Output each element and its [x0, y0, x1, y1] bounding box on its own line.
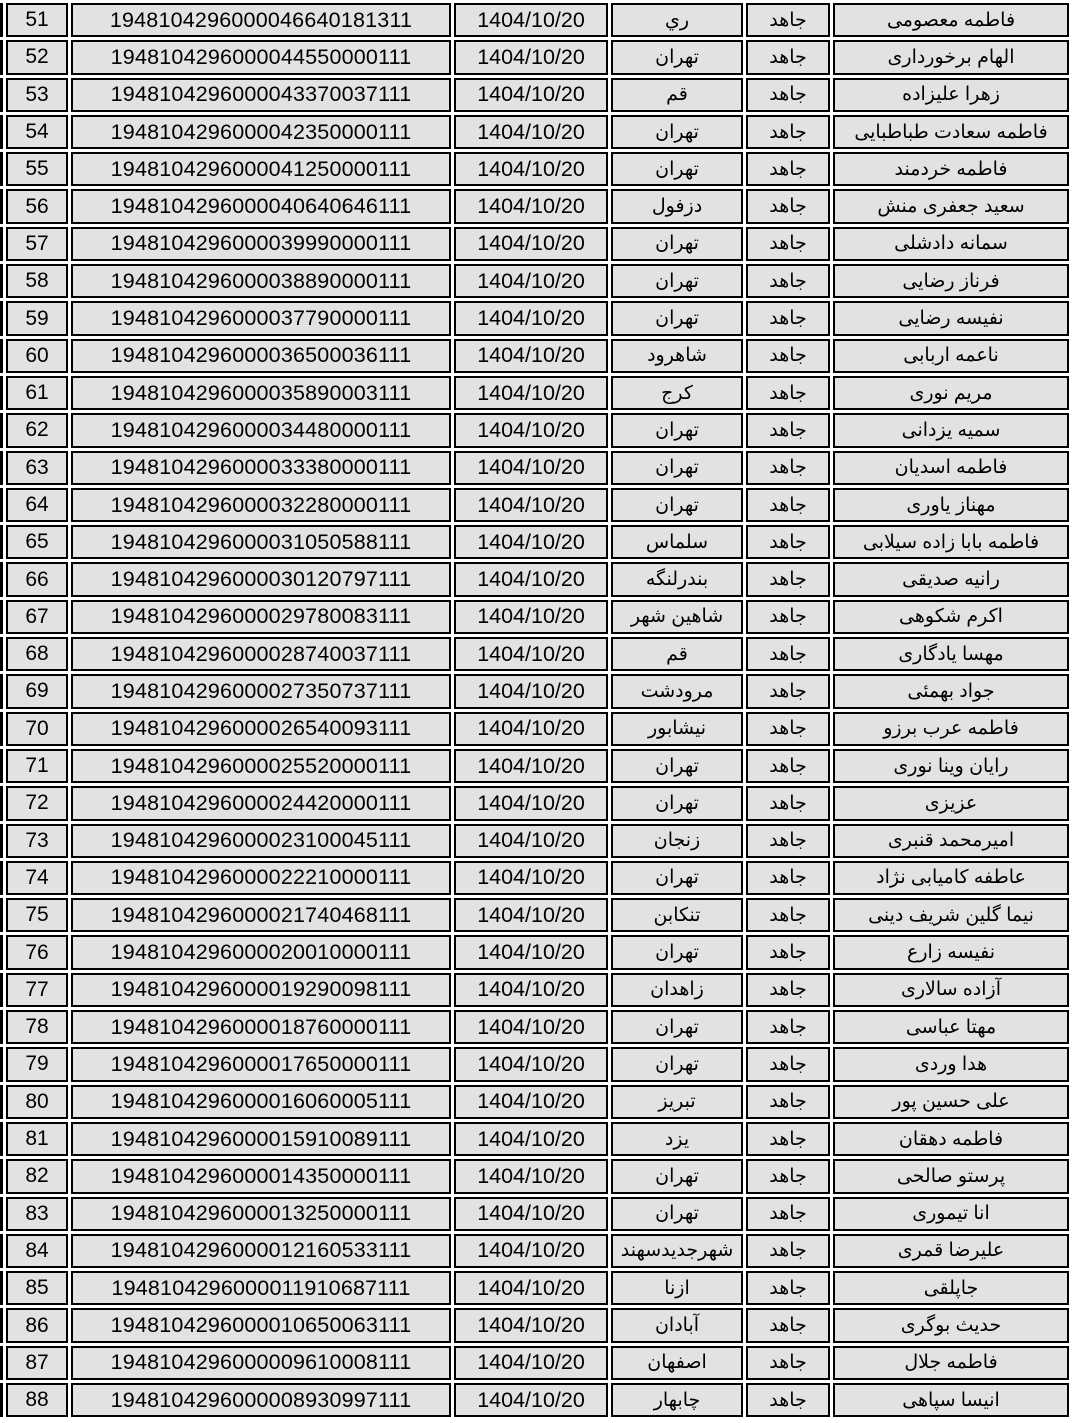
cropped-column-edge	[0, 637, 3, 671]
row-number-cell: 55	[6, 152, 68, 186]
row-number-cell: 59	[6, 301, 68, 335]
tracking-code-cell: 1948104296000015910089111	[71, 1122, 451, 1156]
table-row: 73 1948104296000023100045111 1404/10/20 …	[0, 824, 1069, 858]
status-cell: جاهد	[746, 339, 830, 373]
tracking-code-cell: 1948104296000022210000111	[71, 861, 451, 895]
date-cell: 1404/10/20	[454, 1271, 608, 1305]
name-cell: هدا وردی	[833, 1047, 1069, 1081]
cropped-column-edge	[0, 861, 3, 895]
city-cell: تهران	[611, 451, 743, 485]
status-cell: جاهد	[746, 712, 830, 746]
tracking-code-cell: 1948104296000021740468111	[71, 898, 451, 932]
row-number-cell: 58	[6, 264, 68, 298]
name-cell: نفیسه رضایی	[833, 301, 1069, 335]
table-row: 69 1948104296000027350737111 1404/10/20 …	[0, 674, 1069, 708]
status-cell: جاهد	[746, 227, 830, 261]
city-cell: چابهار	[611, 1383, 743, 1417]
name-cell: سعید جعفری منش	[833, 189, 1069, 223]
date-cell: 1404/10/20	[454, 674, 608, 708]
row-number-cell: 52	[6, 40, 68, 74]
row-number-cell: 73	[6, 824, 68, 858]
cropped-column-edge	[0, 1010, 3, 1044]
name-cell: آزاده سالاری	[833, 973, 1069, 1007]
row-number-cell: 64	[6, 488, 68, 522]
city-cell: تهران	[611, 152, 743, 186]
name-cell: اکرم شکوهی	[833, 600, 1069, 634]
tracking-code-cell: 1948104296000026540093111	[71, 712, 451, 746]
cropped-column-edge	[0, 376, 3, 410]
cropped-column-edge	[0, 227, 3, 261]
date-cell: 1404/10/20	[454, 1010, 608, 1044]
date-cell: 1404/10/20	[454, 749, 608, 783]
tracking-code-cell: 1948104296000012160533111	[71, 1234, 451, 1268]
table-row: 77 1948104296000019290098111 1404/10/20 …	[0, 973, 1069, 1007]
row-number-cell: 75	[6, 898, 68, 932]
cropped-column-edge	[0, 525, 3, 559]
city-cell: قم	[611, 78, 743, 112]
row-number-cell: 76	[6, 935, 68, 969]
tracking-code-cell: 1948104296000016060005111	[71, 1085, 451, 1119]
row-number-cell: 85	[6, 1271, 68, 1305]
city-cell: تهران	[611, 1010, 743, 1044]
row-number-cell: 67	[6, 600, 68, 634]
row-number-cell: 54	[6, 115, 68, 149]
cropped-column-edge	[0, 973, 3, 1007]
date-cell: 1404/10/20	[454, 712, 608, 746]
status-cell: جاهد	[746, 637, 830, 671]
status-cell: جاهد	[746, 674, 830, 708]
status-cell: جاهد	[746, 413, 830, 447]
cropped-column-edge	[0, 451, 3, 485]
city-cell: تهران	[611, 749, 743, 783]
date-cell: 1404/10/20	[454, 1308, 608, 1342]
name-cell: فاطمه معصومی	[833, 3, 1069, 37]
date-cell: 1404/10/20	[454, 1047, 608, 1081]
city-cell: شاهین شهر	[611, 600, 743, 634]
status-cell: جاهد	[746, 1271, 830, 1305]
date-cell: 1404/10/20	[454, 488, 608, 522]
table-row: 64 1948104296000032280000111 1404/10/20 …	[0, 488, 1069, 522]
status-cell: جاهد	[746, 1383, 830, 1417]
city-cell: قم	[611, 637, 743, 671]
city-cell: بندرلنگه	[611, 562, 743, 596]
name-cell: فاطمه بابا زاده سیلابی	[833, 525, 1069, 559]
table-row: 51 1948104296000046640181311 1404/10/20 …	[0, 3, 1069, 37]
row-number-cell: 60	[6, 339, 68, 373]
cropped-column-edge	[0, 301, 3, 335]
status-cell: جاهد	[746, 152, 830, 186]
tracking-code-cell: 1948104296000014350000111	[71, 1159, 451, 1193]
name-cell: سمیه یزدانی	[833, 413, 1069, 447]
tracking-code-cell: 1948104296000042350000111	[71, 115, 451, 149]
city-cell: تهران	[611, 488, 743, 522]
cropped-column-edge	[0, 264, 3, 298]
date-cell: 1404/10/20	[454, 935, 608, 969]
status-cell: جاهد	[746, 1159, 830, 1193]
row-number-cell: 62	[6, 413, 68, 447]
table-row: 87 1948104296000009610008111 1404/10/20 …	[0, 1346, 1069, 1380]
date-cell: 1404/10/20	[454, 78, 608, 112]
row-number-cell: 53	[6, 78, 68, 112]
city-cell: دزفول	[611, 189, 743, 223]
cropped-column-edge	[0, 1197, 3, 1231]
cropped-column-edge	[0, 1383, 3, 1417]
cropped-column-edge	[0, 1346, 3, 1380]
date-cell: 1404/10/20	[454, 824, 608, 858]
status-cell: جاهد	[746, 935, 830, 969]
name-cell: عزیزی	[833, 786, 1069, 820]
cropped-column-edge	[0, 40, 3, 74]
status-cell: جاهد	[746, 189, 830, 223]
date-cell: 1404/10/20	[454, 115, 608, 149]
table-row: 63 1948104296000033380000111 1404/10/20 …	[0, 451, 1069, 485]
date-cell: 1404/10/20	[454, 40, 608, 74]
tracking-code-cell: 1948104296000040640646111	[71, 189, 451, 223]
status-cell: جاهد	[746, 600, 830, 634]
status-cell: جاهد	[746, 749, 830, 783]
status-cell: جاهد	[746, 1308, 830, 1342]
tracking-code-cell: 1948104296000041250000111	[71, 152, 451, 186]
row-number-cell: 77	[6, 973, 68, 1007]
cropped-column-edge	[0, 78, 3, 112]
date-cell: 1404/10/20	[454, 301, 608, 335]
date-cell: 1404/10/20	[454, 189, 608, 223]
name-cell: علیرضا قمری	[833, 1234, 1069, 1268]
city-cell: آبادان	[611, 1308, 743, 1342]
table-row: 58 1948104296000038890000111 1404/10/20 …	[0, 264, 1069, 298]
name-cell: زهرا علیزاده	[833, 78, 1069, 112]
name-cell: مریم نوری	[833, 376, 1069, 410]
table-row: 59 1948104296000037790000111 1404/10/20 …	[0, 301, 1069, 335]
name-cell: فاطمه عرب برزو	[833, 712, 1069, 746]
table-row: 62 1948104296000034480000111 1404/10/20 …	[0, 413, 1069, 447]
row-number-cell: 84	[6, 1234, 68, 1268]
date-cell: 1404/10/20	[454, 339, 608, 373]
date-cell: 1404/10/20	[454, 1085, 608, 1119]
tracking-code-cell: 1948104296000028740037111	[71, 637, 451, 671]
city-cell: ازنا	[611, 1271, 743, 1305]
status-cell: جاهد	[746, 562, 830, 596]
city-cell: تهران	[611, 301, 743, 335]
tracking-code-cell: 1948104296000020010000111	[71, 935, 451, 969]
table-row: 83 1948104296000013250000111 1404/10/20 …	[0, 1197, 1069, 1231]
date-cell: 1404/10/20	[454, 861, 608, 895]
name-cell: فاطمه دهقان	[833, 1122, 1069, 1156]
tracking-code-cell: 1948104296000031050588111	[71, 525, 451, 559]
status-cell: جاهد	[746, 264, 830, 298]
city-cell: تهران	[611, 40, 743, 74]
cropped-column-edge	[0, 189, 3, 223]
date-cell: 1404/10/20	[454, 1197, 608, 1231]
tracking-code-cell: 1948104296000029780083111	[71, 600, 451, 634]
name-cell: الهام برخورداری	[833, 40, 1069, 74]
tracking-code-cell: 1948104296000038890000111	[71, 264, 451, 298]
status-cell: جاهد	[746, 1346, 830, 1380]
tracking-code-cell: 1948104296000024420000111	[71, 786, 451, 820]
tracking-code-cell: 1948104296000033380000111	[71, 451, 451, 485]
city-cell: تهران	[611, 861, 743, 895]
row-number-cell: 71	[6, 749, 68, 783]
date-cell: 1404/10/20	[454, 1234, 608, 1268]
status-cell: جاهد	[746, 898, 830, 932]
name-cell: جاپلقی	[833, 1271, 1069, 1305]
name-cell: مهتا عباسی	[833, 1010, 1069, 1044]
city-cell: مرودشت	[611, 674, 743, 708]
city-cell: شاهرود	[611, 339, 743, 373]
city-cell: تهران	[611, 1159, 743, 1193]
table-row: 60 1948104296000036500036111 1404/10/20 …	[0, 339, 1069, 373]
cropped-column-edge	[0, 898, 3, 932]
row-number-cell: 66	[6, 562, 68, 596]
date-cell: 1404/10/20	[454, 152, 608, 186]
tracking-code-cell: 1948104296000032280000111	[71, 488, 451, 522]
row-number-cell: 74	[6, 861, 68, 895]
name-cell: فرناز رضایی	[833, 264, 1069, 298]
table-row: 61 1948104296000035890003111 1404/10/20 …	[0, 376, 1069, 410]
table-row: 86 1948104296000010650063111 1404/10/20 …	[0, 1308, 1069, 1342]
table-row: 82 1948104296000014350000111 1404/10/20 …	[0, 1159, 1069, 1193]
date-cell: 1404/10/20	[454, 600, 608, 634]
cropped-column-edge	[0, 339, 3, 373]
cropped-column-edge	[0, 488, 3, 522]
date-cell: 1404/10/20	[454, 973, 608, 1007]
cropped-column-edge	[0, 413, 3, 447]
tracking-code-cell: 1948104296000023100045111	[71, 824, 451, 858]
row-number-cell: 78	[6, 1010, 68, 1044]
table-row: 80 1948104296000016060005111 1404/10/20 …	[0, 1085, 1069, 1119]
name-cell: انا تیموری	[833, 1197, 1069, 1231]
city-cell: تهران	[611, 935, 743, 969]
cropped-column-edge	[0, 1234, 3, 1268]
row-number-cell: 82	[6, 1159, 68, 1193]
cropped-column-edge	[0, 600, 3, 634]
row-number-cell: 68	[6, 637, 68, 671]
cropped-column-edge	[0, 1308, 3, 1342]
city-cell: یزد	[611, 1122, 743, 1156]
name-cell: ناعمه اربابی	[833, 339, 1069, 373]
date-cell: 1404/10/20	[454, 1122, 608, 1156]
cropped-column-edge	[0, 3, 3, 37]
tracking-code-cell: 1948104296000013250000111	[71, 1197, 451, 1231]
row-number-cell: 80	[6, 1085, 68, 1119]
table-row: 79 1948104296000017650000111 1404/10/20 …	[0, 1047, 1069, 1081]
table-row: 85 1948104296000011910687111 1404/10/20 …	[0, 1271, 1069, 1305]
tracking-code-cell: 1948104296000011910687111	[71, 1271, 451, 1305]
table-row: 72 1948104296000024420000111 1404/10/20 …	[0, 786, 1069, 820]
city-cell: شهرجدیدسهند	[611, 1234, 743, 1268]
date-cell: 1404/10/20	[454, 637, 608, 671]
tracking-code-cell: 1948104296000019290098111	[71, 973, 451, 1007]
table-row: 55 1948104296000041250000111 1404/10/20 …	[0, 152, 1069, 186]
tracking-code-cell: 1948104296000035890003111	[71, 376, 451, 410]
date-cell: 1404/10/20	[454, 3, 608, 37]
table-row: 67 1948104296000029780083111 1404/10/20 …	[0, 600, 1069, 634]
table-body: 51 1948104296000046640181311 1404/10/20 …	[0, 3, 1069, 1417]
date-cell: 1404/10/20	[454, 1159, 608, 1193]
row-number-cell: 56	[6, 189, 68, 223]
row-number-cell: 51	[6, 3, 68, 37]
tracking-code-cell: 1948104296000027350737111	[71, 674, 451, 708]
row-number-cell: 88	[6, 1383, 68, 1417]
name-cell: رانیه صدیقی	[833, 562, 1069, 596]
name-cell: رایان وینا نوری	[833, 749, 1069, 783]
table-row: 78 1948104296000018760000111 1404/10/20 …	[0, 1010, 1069, 1044]
row-number-cell: 79	[6, 1047, 68, 1081]
table-row: 74 1948104296000022210000111 1404/10/20 …	[0, 861, 1069, 895]
name-cell: انیسا سپاهی	[833, 1383, 1069, 1417]
cropped-column-edge	[0, 115, 3, 149]
date-cell: 1404/10/20	[454, 898, 608, 932]
row-number-cell: 57	[6, 227, 68, 261]
tracking-code-cell: 1948104296000043370037111	[71, 78, 451, 112]
name-cell: فاطمه سعادت طباطبایی	[833, 115, 1069, 149]
city-cell: تهران	[611, 115, 743, 149]
city-cell: تهران	[611, 786, 743, 820]
city-cell: نیشابور	[611, 712, 743, 746]
city-cell: تبریز	[611, 1085, 743, 1119]
status-cell: جاهد	[746, 824, 830, 858]
status-cell: جاهد	[746, 1047, 830, 1081]
table-row: 76 1948104296000020010000111 1404/10/20 …	[0, 935, 1069, 969]
cropped-column-edge	[0, 824, 3, 858]
city-cell: ري	[611, 3, 743, 37]
tracking-code-cell: 1948104296000034480000111	[71, 413, 451, 447]
cropped-column-edge	[0, 712, 3, 746]
date-cell: 1404/10/20	[454, 786, 608, 820]
status-cell: جاهد	[746, 451, 830, 485]
name-cell: جواد بهمئی	[833, 674, 1069, 708]
city-cell: اصفهان	[611, 1346, 743, 1380]
tracking-code-cell: 1948104296000025520000111	[71, 749, 451, 783]
cropped-column-edge	[0, 1122, 3, 1156]
status-cell: جاهد	[746, 78, 830, 112]
status-cell: جاهد	[746, 1122, 830, 1156]
table-row: 71 1948104296000025520000111 1404/10/20 …	[0, 749, 1069, 783]
cropped-column-edge	[0, 152, 3, 186]
name-cell: نیما گلین شریف دینی	[833, 898, 1069, 932]
name-cell: علی حسین پور	[833, 1085, 1069, 1119]
table-row: 52 1948104296000044550000111 1404/10/20 …	[0, 40, 1069, 74]
status-cell: جاهد	[746, 1197, 830, 1231]
table-row: 81 1948104296000015910089111 1404/10/20 …	[0, 1122, 1069, 1156]
cropped-column-edge	[0, 786, 3, 820]
status-cell: جاهد	[746, 40, 830, 74]
name-cell: فاطمه خردمند	[833, 152, 1069, 186]
table-row: 57 1948104296000039990000111 1404/10/20 …	[0, 227, 1069, 261]
row-number-cell: 72	[6, 786, 68, 820]
row-number-cell: 81	[6, 1122, 68, 1156]
date-cell: 1404/10/20	[454, 376, 608, 410]
status-cell: جاهد	[746, 488, 830, 522]
table-row: 84 1948104296000012160533111 1404/10/20 …	[0, 1234, 1069, 1268]
status-cell: جاهد	[746, 1010, 830, 1044]
row-number-cell: 69	[6, 674, 68, 708]
row-number-cell: 63	[6, 451, 68, 485]
date-cell: 1404/10/20	[454, 1346, 608, 1380]
status-cell: جاهد	[746, 3, 830, 37]
city-cell: تنکابن	[611, 898, 743, 932]
table-row: 66 1948104296000030120797111 1404/10/20 …	[0, 562, 1069, 596]
cropped-column-edge	[0, 674, 3, 708]
tracking-code-cell: 1948104296000010650063111	[71, 1308, 451, 1342]
city-cell: زاهدان	[611, 973, 743, 1007]
status-cell: جاهد	[746, 115, 830, 149]
tracking-code-cell: 1948104296000030120797111	[71, 562, 451, 596]
date-cell: 1404/10/20	[454, 413, 608, 447]
date-cell: 1404/10/20	[454, 562, 608, 596]
name-cell: عاطفه کامیابی نژاد	[833, 861, 1069, 895]
status-cell: جاهد	[746, 973, 830, 1007]
status-cell: جاهد	[746, 861, 830, 895]
name-cell: فاطمه اسدیان	[833, 451, 1069, 485]
status-cell: جاهد	[746, 525, 830, 559]
date-cell: 1404/10/20	[454, 264, 608, 298]
tracking-code-cell: 1948104296000036500036111	[71, 339, 451, 373]
name-cell: نفیسه زارع	[833, 935, 1069, 969]
status-cell: جاهد	[746, 1085, 830, 1119]
name-cell: حدیث بوگری	[833, 1308, 1069, 1342]
cropped-column-edge	[0, 1085, 3, 1119]
name-cell: سمانه دادشلی	[833, 227, 1069, 261]
date-cell: 1404/10/20	[454, 1383, 608, 1417]
row-number-cell: 87	[6, 1346, 68, 1380]
table-row: 53 1948104296000043370037111 1404/10/20 …	[0, 78, 1069, 112]
tracking-code-cell: 1948104296000017650000111	[71, 1047, 451, 1081]
city-cell: کرج	[611, 376, 743, 410]
cropped-column-edge	[0, 749, 3, 783]
row-number-cell: 70	[6, 712, 68, 746]
tracking-code-cell: 1948104296000044550000111	[71, 40, 451, 74]
tracking-code-cell: 1948104296000046640181311	[71, 3, 451, 37]
tracking-code-cell: 1948104296000009610008111	[71, 1346, 451, 1380]
city-cell: تهران	[611, 413, 743, 447]
table-row: 88 1948104296000008930997111 1404/10/20 …	[0, 1383, 1069, 1417]
date-cell: 1404/10/20	[454, 525, 608, 559]
date-cell: 1404/10/20	[454, 227, 608, 261]
city-cell: زنجان	[611, 824, 743, 858]
status-cell: جاهد	[746, 376, 830, 410]
row-number-cell: 86	[6, 1308, 68, 1342]
tracking-code-cell: 1948104296000037790000111	[71, 301, 451, 335]
city-cell: سلماس	[611, 525, 743, 559]
city-cell: تهران	[611, 227, 743, 261]
table-row: 75 1948104296000021740468111 1404/10/20 …	[0, 898, 1069, 932]
date-cell: 1404/10/20	[454, 451, 608, 485]
cropped-column-edge	[0, 562, 3, 596]
tracking-code-cell: 1948104296000008930997111	[71, 1383, 451, 1417]
name-cell: فاطمه جلال	[833, 1346, 1069, 1380]
tracking-code-cell: 1948104296000018760000111	[71, 1010, 451, 1044]
cropped-column-edge	[0, 935, 3, 969]
city-cell: تهران	[611, 264, 743, 298]
table-row: 54 1948104296000042350000111 1404/10/20 …	[0, 115, 1069, 149]
cropped-column-edge	[0, 1159, 3, 1193]
table-row: 70 1948104296000026540093111 1404/10/20 …	[0, 712, 1069, 746]
table-row: 68 1948104296000028740037111 1404/10/20 …	[0, 637, 1069, 671]
status-cell: جاهد	[746, 301, 830, 335]
status-cell: جاهد	[746, 786, 830, 820]
cropped-column-edge	[0, 1271, 3, 1305]
row-number-cell: 83	[6, 1197, 68, 1231]
name-cell: مهناز یاوری	[833, 488, 1069, 522]
cropped-column-edge	[0, 1047, 3, 1081]
table-row: 65 1948104296000031050588111 1404/10/20 …	[0, 525, 1069, 559]
row-number-cell: 61	[6, 376, 68, 410]
city-cell: تهران	[611, 1197, 743, 1231]
tracking-table: 51 1948104296000046640181311 1404/10/20 …	[0, 0, 1072, 1420]
name-cell: مهسا یادگاری	[833, 637, 1069, 671]
city-cell: تهران	[611, 1047, 743, 1081]
